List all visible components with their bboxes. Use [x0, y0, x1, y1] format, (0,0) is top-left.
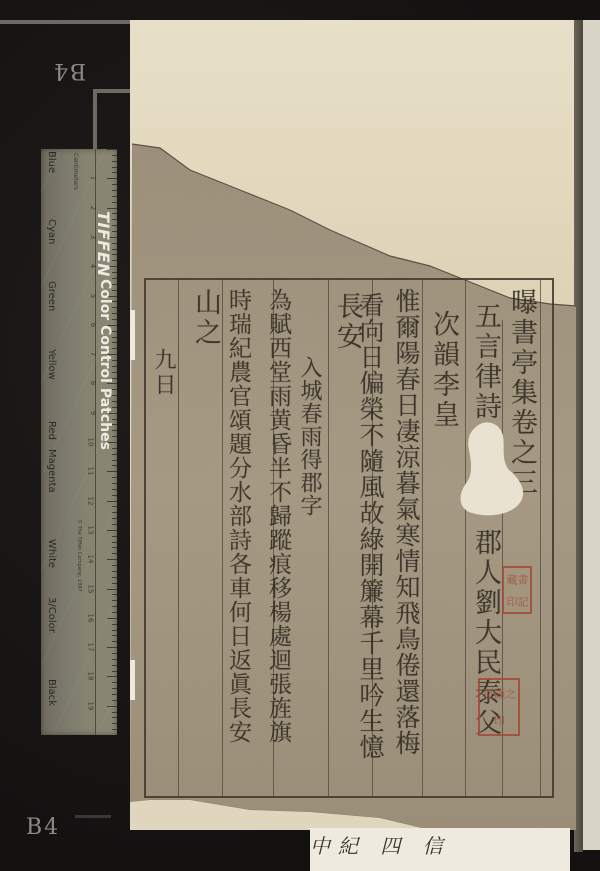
frame-corner-vertical	[93, 89, 97, 149]
ruler-tick	[112, 378, 117, 379]
ruler-tick	[112, 577, 117, 578]
ruler-tick	[112, 583, 117, 584]
column-rule	[465, 280, 466, 796]
ruler-tick	[107, 618, 117, 619]
ruler-tick	[112, 290, 117, 291]
ruler-tick	[112, 659, 117, 660]
ruler-tick	[112, 272, 117, 273]
ruler-number: 19	[87, 701, 95, 710]
ruler-tick	[112, 419, 117, 420]
swatch-label-black: Black	[46, 679, 57, 706]
poem2-line: 時瑞紀農官頌題分水部詩各車何日返眞長安	[226, 288, 249, 744]
ruler-tick	[112, 489, 117, 490]
ruler-tick	[112, 313, 117, 314]
ruler-tick	[107, 647, 117, 648]
frame-bottom-mark	[75, 815, 111, 818]
poem3-title: 九日	[152, 348, 174, 398]
frame-line-top	[0, 20, 134, 24]
ruler-tick	[107, 354, 117, 355]
ruler-tick	[112, 401, 117, 402]
swatch-label-3color: 3/Color	[46, 597, 57, 633]
ruler-tick	[112, 671, 117, 672]
ruler-tick	[107, 296, 117, 297]
ruler-tick	[112, 723, 117, 724]
ruler-tick	[112, 448, 117, 449]
ruler-tick	[112, 167, 117, 168]
ruler-tick	[112, 254, 117, 255]
ruler-tick	[112, 547, 117, 548]
tiffen-brand-logo: TIFFEN	[94, 211, 113, 277]
ruler-tick	[112, 436, 117, 437]
product-name: Color Control Patches	[97, 279, 113, 450]
ruler-tick	[107, 706, 117, 707]
swatch-label-green: Green	[46, 281, 57, 311]
ruler-tick	[107, 266, 117, 267]
ruler-number: 1	[89, 176, 97, 180]
ruler-number: 16	[87, 613, 95, 622]
ruler-tick	[112, 260, 117, 261]
ruler-scale	[95, 149, 117, 735]
poem2-title: 入城春雨得郡字	[298, 356, 320, 517]
poem1-line: 看向日偏榮不隨風故綠開簾幕千里吟生憶	[358, 292, 383, 760]
ruler-number: 18	[87, 672, 95, 681]
ruler-tick	[112, 196, 117, 197]
ruler-tick	[112, 624, 117, 625]
ruler-tick	[112, 688, 117, 689]
ruler-tick	[112, 389, 117, 390]
ruler-tick	[112, 542, 117, 543]
column-rule	[540, 280, 541, 796]
ruler-tick	[107, 559, 117, 560]
ruler-number: 12	[87, 496, 95, 505]
ruler-tick	[112, 155, 117, 156]
ruler-tick	[112, 243, 117, 244]
ruler-number: 2	[89, 205, 97, 209]
ruler-tick	[112, 424, 117, 425]
ruler-tick	[112, 665, 117, 666]
ruler-tick	[112, 249, 117, 250]
ruler-tick	[107, 413, 117, 414]
ruler-tick	[112, 454, 117, 455]
ruler-tick	[112, 553, 117, 554]
ruler-tick	[112, 512, 117, 513]
ruler-tick	[107, 530, 117, 531]
ruler-number: 17	[87, 643, 95, 652]
ruler-tick	[112, 202, 117, 203]
ruler-tick	[112, 430, 117, 431]
ruler-tick	[112, 301, 117, 302]
ruler-tick	[112, 524, 117, 525]
ruler-tick	[107, 149, 117, 150]
ruler-tick	[112, 331, 117, 332]
column-rule	[328, 280, 329, 796]
poem1-line: 惟爾陽春日凄涼暮氣寒情知飛鳥倦還落梅	[394, 288, 419, 756]
ruler-number: 8	[89, 381, 97, 385]
ruler-tick	[112, 729, 117, 730]
ruler-number: 11	[87, 467, 95, 476]
adjacent-page-edge	[583, 20, 600, 850]
ruler-tick	[112, 342, 117, 343]
copyright-text: © The Tiffen Company, 1997	[76, 519, 82, 592]
ruler-tick	[107, 501, 117, 502]
ruler-tick	[112, 717, 117, 718]
ruler-tick	[112, 653, 117, 654]
ruler-tick	[112, 600, 117, 601]
ruler-tick	[112, 231, 117, 232]
swatch-label-cyan: Cyan	[46, 219, 57, 244]
ruler-tick	[112, 506, 117, 507]
ruler-tick	[112, 184, 117, 185]
ruler-tick	[112, 360, 117, 361]
color-control-strip: Centimeters TIFFEN Color Control Patches…	[41, 149, 117, 735]
swatch-label-white: White	[46, 539, 57, 568]
ruler-tick	[112, 635, 117, 636]
ruler-tick	[112, 571, 117, 572]
ruler-number: 5	[89, 293, 97, 297]
ruler-number: 13	[87, 525, 95, 534]
ruler-number: 10	[87, 438, 95, 447]
ruler-tick	[112, 483, 117, 484]
ruler-number: 6	[89, 323, 97, 327]
ruler-tick	[112, 518, 117, 519]
ruler-number: 7	[89, 352, 97, 356]
ruler-tick	[107, 178, 117, 179]
ruler-number: 3	[89, 235, 97, 239]
ruler-tick	[112, 284, 117, 285]
swatch-label-magenta: Magenta	[46, 449, 57, 493]
ruler-number: 15	[87, 584, 95, 593]
ruler-tick	[112, 337, 117, 338]
ruler-number: 4	[89, 264, 97, 268]
ruler-tick	[112, 213, 117, 214]
ruler-tick	[107, 237, 117, 238]
poem2-line: 為賦西堂雨黄昏半不歸蹤痕移楊處迴張旌旗	[266, 288, 289, 744]
column-rule	[222, 280, 223, 796]
frame-corner-horizontal	[93, 89, 134, 93]
ruler-tick	[112, 366, 117, 367]
ruler-tick	[112, 641, 117, 642]
column-rule	[422, 280, 423, 796]
ruler-tick	[112, 694, 117, 695]
ruler-tick	[107, 442, 117, 443]
ruler-tick	[112, 372, 117, 373]
ruler-tick	[112, 565, 117, 566]
ruler-tick	[112, 594, 117, 595]
ruler-tick	[112, 319, 117, 320]
paper-hole	[457, 420, 527, 520]
frame-label-bottom: B4	[26, 815, 60, 840]
ruler-tick	[112, 682, 117, 683]
ruler-number: 14	[87, 555, 95, 564]
handwritten-note-text: 中紀 四 信	[310, 830, 451, 859]
ruler-tick	[112, 348, 117, 349]
ruler-tick	[112, 465, 117, 466]
ruler-tick	[112, 536, 117, 537]
seal-lower: 臣謹 之印	[478, 678, 520, 736]
column-rule	[178, 280, 179, 796]
ruler-tick	[107, 676, 117, 677]
ruler-tick	[112, 407, 117, 408]
ruler-tick	[112, 278, 117, 279]
ruler-tick	[112, 460, 117, 461]
ruler-tick	[107, 325, 117, 326]
poem1-line: 長安	[334, 292, 361, 352]
ruler-tick	[112, 172, 117, 173]
swatch-label-red: Red	[46, 421, 57, 440]
ruler-tick	[112, 161, 117, 162]
ruler-tick	[112, 477, 117, 478]
ruler-tick	[112, 219, 117, 220]
ruler-tick	[107, 208, 117, 209]
ruler-tick	[107, 471, 117, 472]
ruler-tick	[112, 700, 117, 701]
centimeters-label: Centimeters	[72, 153, 79, 190]
ruler-tick	[112, 395, 117, 396]
poem1-title: 次韻李皇	[430, 310, 457, 430]
handwritten-note: 中紀 四 信	[310, 828, 570, 871]
ruler-number: 9	[89, 410, 97, 414]
ruler-tick	[112, 495, 117, 496]
ruler-tick	[112, 190, 117, 191]
ruler-tick	[112, 712, 117, 713]
ruler-tick	[112, 630, 117, 631]
ruler-tick	[112, 225, 117, 226]
ruler-tick	[107, 383, 117, 384]
swatch-label-yellow: Yellow	[46, 349, 57, 380]
poem2-line: 山之	[192, 288, 219, 348]
swatch-label-blue: Blue	[46, 151, 57, 173]
ruler-tick	[112, 612, 117, 613]
ruler-tick	[107, 589, 117, 590]
ruler-tick	[112, 307, 117, 308]
ruler-tick	[112, 606, 117, 607]
seal-upper: 藏書 印記	[502, 566, 532, 614]
genre-heading: 五言律詩	[472, 302, 499, 422]
frame-label-top: B4	[52, 58, 86, 83]
